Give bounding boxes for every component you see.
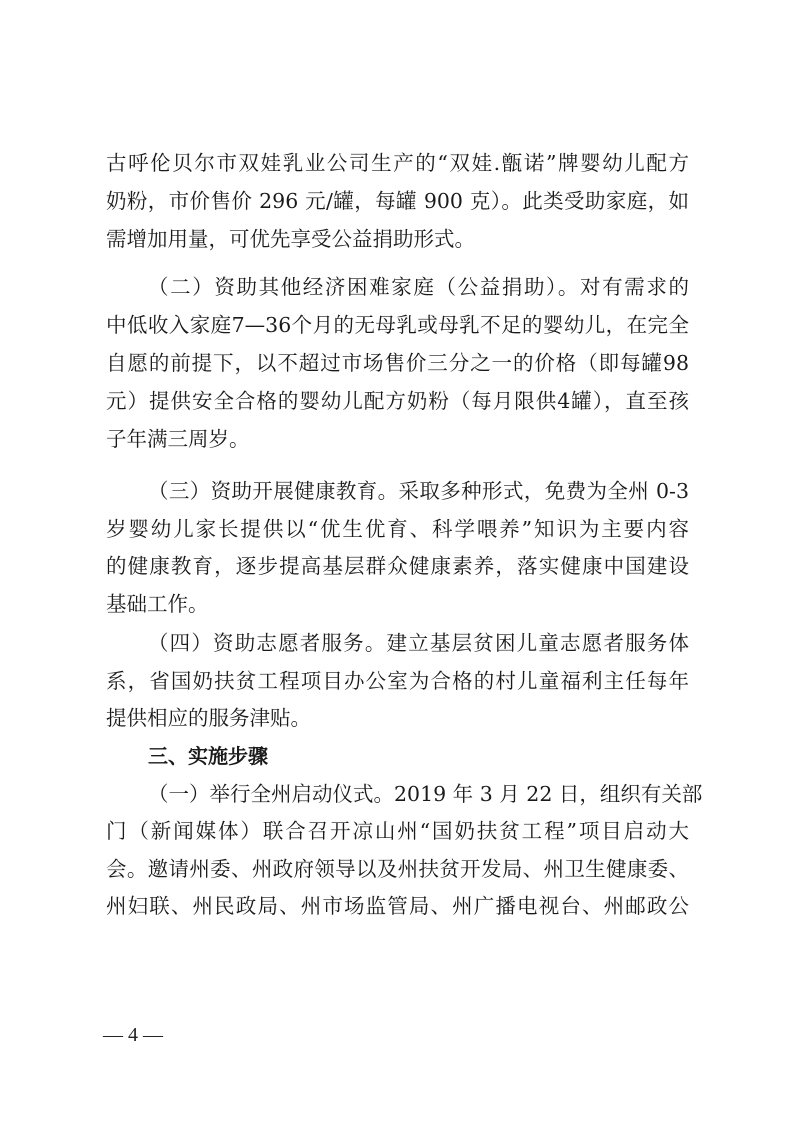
document-page: 古呼伦贝尔市双娃乳业公司生产的“双娃.甑诺”牌婴幼儿配方 奶粉，市价售价 296… [0, 0, 793, 1122]
body-text-line: 古呼伦贝尔市双娃乳业公司生产的“双娃.甑诺”牌婴幼儿配方 [106, 148, 689, 178]
body-text-line: 自愿的前提下，以不超过市场售价三分之一的价格（即每罐98 [106, 348, 689, 378]
body-text-line: 元）提供安全合格的婴幼儿配方奶粉（每月限供4罐），直至孩 [106, 386, 689, 416]
section-3-paragraph-start: （三）资助开展健康教育。采取多种形式，免费为全州 0-3 [148, 476, 689, 506]
body-text-line: 岁婴幼儿家长提供以“优生优育、科学喂养”知识为主要内容 [106, 514, 689, 544]
body-text-line: 需增加用量，可优先享受公益捐助形式。 [106, 224, 689, 254]
section-heading-implementation-steps: 三、实施步骤 [148, 741, 689, 771]
page-number: — 4 — [103, 1022, 163, 1048]
body-text-line: 系，省国奶扶贫工程项目办公室为合格的村儿童福利主任每年 [106, 666, 689, 696]
body-text-line: 奶粉，市价售价 296 元/罐，每罐 900 克）。此类受助家庭，如 [106, 186, 689, 216]
body-text-line: 子年满三周岁。 [106, 424, 689, 454]
body-text-line: 的健康教育，逐步提高基层群众健康素养，落实健康中国建设 [106, 551, 689, 581]
body-text-line: 提供相应的服务津贴。 [106, 703, 689, 733]
section-4-paragraph-start: （四）资助志愿者服务。建立基层贫困儿童志愿者服务体 [148, 628, 689, 658]
section-2-paragraph-start: （二）资助其他经济困难家庭（公益捐助）。对有需求的 [148, 272, 689, 302]
body-text-line: 中低收入家庭7—36个月的无母乳或母乳不足的婴幼儿，在完全 [106, 310, 689, 340]
body-text-line: 门（新闻媒体）联合召开凉山州“国奶扶贫工程”项目启动大 [106, 816, 689, 846]
body-text-line: 会。邀请州委、州政府领导以及州扶贫开发局、州卫生健康委、 [106, 854, 689, 884]
step-1-paragraph-start: （一）举行全州启动仪式。2019 年 3 月 22 日，组织有关部 [148, 779, 689, 809]
body-text-line: 基础工作。 [106, 589, 689, 619]
body-text-line: 州妇联、州民政局、州市场监管局、州广播电视台、州邮政公 [106, 891, 689, 921]
